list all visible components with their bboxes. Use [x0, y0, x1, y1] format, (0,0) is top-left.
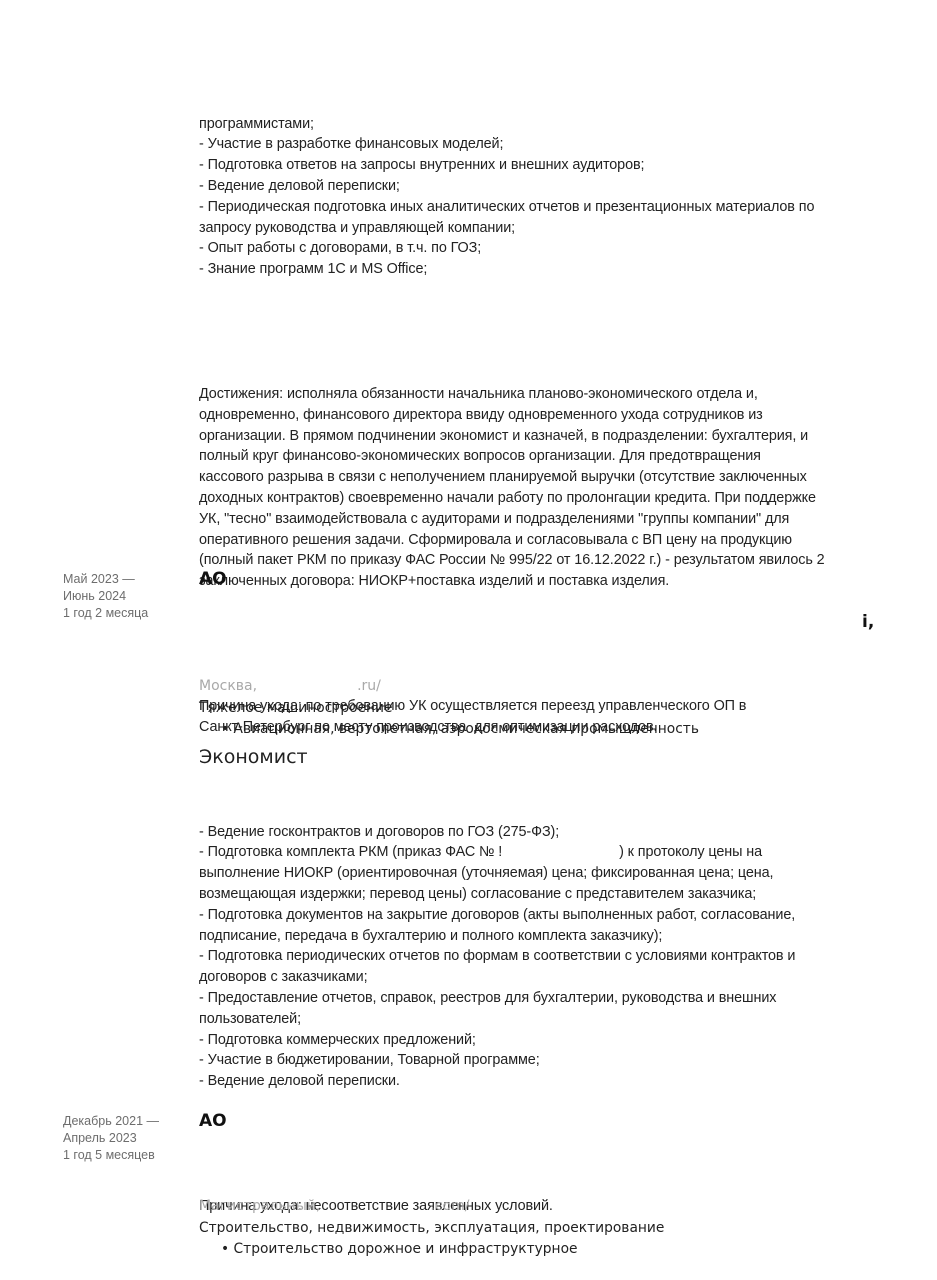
achievements-line: УК, "тесно" взаимодействовала с аудитора…	[199, 509, 889, 530]
achievements-line: доходных контрактов) своевременно начали…	[199, 488, 889, 509]
duty-line: - Знание программ 1С и MS Office;	[199, 259, 889, 280]
company-website-link[interactable]: .ru/	[357, 678, 381, 694]
duty-line: - Участие в бюджетировании, Товарной про…	[199, 1050, 889, 1071]
duty-line: - Подготовка коммерческих предложений;	[199, 1030, 889, 1051]
job-duties: - Ведение госконтрактов и договоров по Г…	[199, 780, 889, 1238]
company-industry: Строительство, недвижимость, эксплуатаци…	[199, 1218, 664, 1259]
job-period: Декабрь 2021 — Апрель 2023 1 год 5 месяц…	[63, 1113, 159, 1164]
period-end: Апрель 2023	[63, 1130, 159, 1147]
duration: 1 год 5 месяцев	[63, 1147, 159, 1164]
duty-line: - Предоставление отчетов, справок, реест…	[199, 988, 889, 1009]
achievements-line: кассового разрыва в связи с неполучением…	[199, 467, 889, 488]
duty-line: возмещающая издержки; перевод цены) согл…	[199, 884, 889, 905]
duty-line: - Подготовка ответов на запросы внутренн…	[199, 155, 889, 176]
company-industry: Тяжелое машиностроение • Авиационная, ве…	[199, 698, 699, 739]
duty-line: - Периодическая подготовка иных аналитич…	[199, 197, 889, 218]
job-period: Май 2023 — Июнь 2024 1 год 2 месяца	[63, 571, 148, 622]
company-location: Москва,.ru/	[199, 678, 381, 694]
duty-line: выполнение НИОКР (ориентировочная (уточн…	[199, 863, 889, 884]
duration: 1 год 2 месяца	[63, 605, 148, 622]
previous-job-description: программистами;- Участие в разработке фи…	[199, 72, 889, 758]
achievements-line: Достижения: исполняла обязанности началь…	[199, 384, 889, 405]
position-title: Экономист	[199, 746, 308, 768]
duty-line: подписание, передача в бухгалтерию и пол…	[199, 926, 889, 947]
achievements-line: организации. В прямом подчинении экономи…	[199, 426, 889, 447]
period-start: Май 2023 —	[63, 571, 148, 588]
company-website-link[interactable]: .com/	[430, 1198, 469, 1214]
achievements-line: одновременно, финансового директора ввид…	[199, 405, 889, 426]
duty-line: договоров с заказчиками;	[199, 967, 889, 988]
company-name: АО	[199, 1111, 227, 1131]
duty-line: - Ведение госконтрактов и договоров по Г…	[199, 822, 889, 843]
duty-line: - Ведение деловой переписки;	[199, 176, 889, 197]
achievements-line: оперативного решения задачи. Сформировал…	[199, 530, 889, 551]
duty-line: пользователей;	[199, 1009, 889, 1030]
company-location: Магистральный,.com/	[199, 1198, 469, 1214]
achievements-line: заключенных договора: НИОКР+поставка изд…	[199, 571, 889, 592]
duty-line: - Участие в разработке финансовых моделе…	[199, 134, 889, 155]
achievements-line: (полный пакет РКМ по приказу ФАС России …	[199, 550, 889, 571]
duty-line: - Подготовка документов на закрытие дого…	[199, 905, 889, 926]
duty-line: - Ведение деловой переписки.	[199, 1071, 889, 1092]
period-end: Июнь 2024	[63, 588, 148, 605]
achievements-line: полный круг финансово-экономических вопр…	[199, 446, 889, 467]
duty-line: - Подготовка комплекта РКМ (приказ ФАС №…	[199, 842, 889, 863]
company-name-fragment: i,	[862, 612, 874, 632]
duty-line: программистами;	[199, 114, 889, 135]
duty-line: запросу руководства и управляющей компан…	[199, 218, 889, 239]
duty-line: - Опыт работы с договорами, в т.ч. по ГО…	[199, 238, 889, 259]
period-start: Декабрь 2021 —	[63, 1113, 159, 1130]
company-name: АО	[199, 569, 227, 589]
duty-line: - Подготовка периодических отчетов по фо…	[199, 946, 889, 967]
